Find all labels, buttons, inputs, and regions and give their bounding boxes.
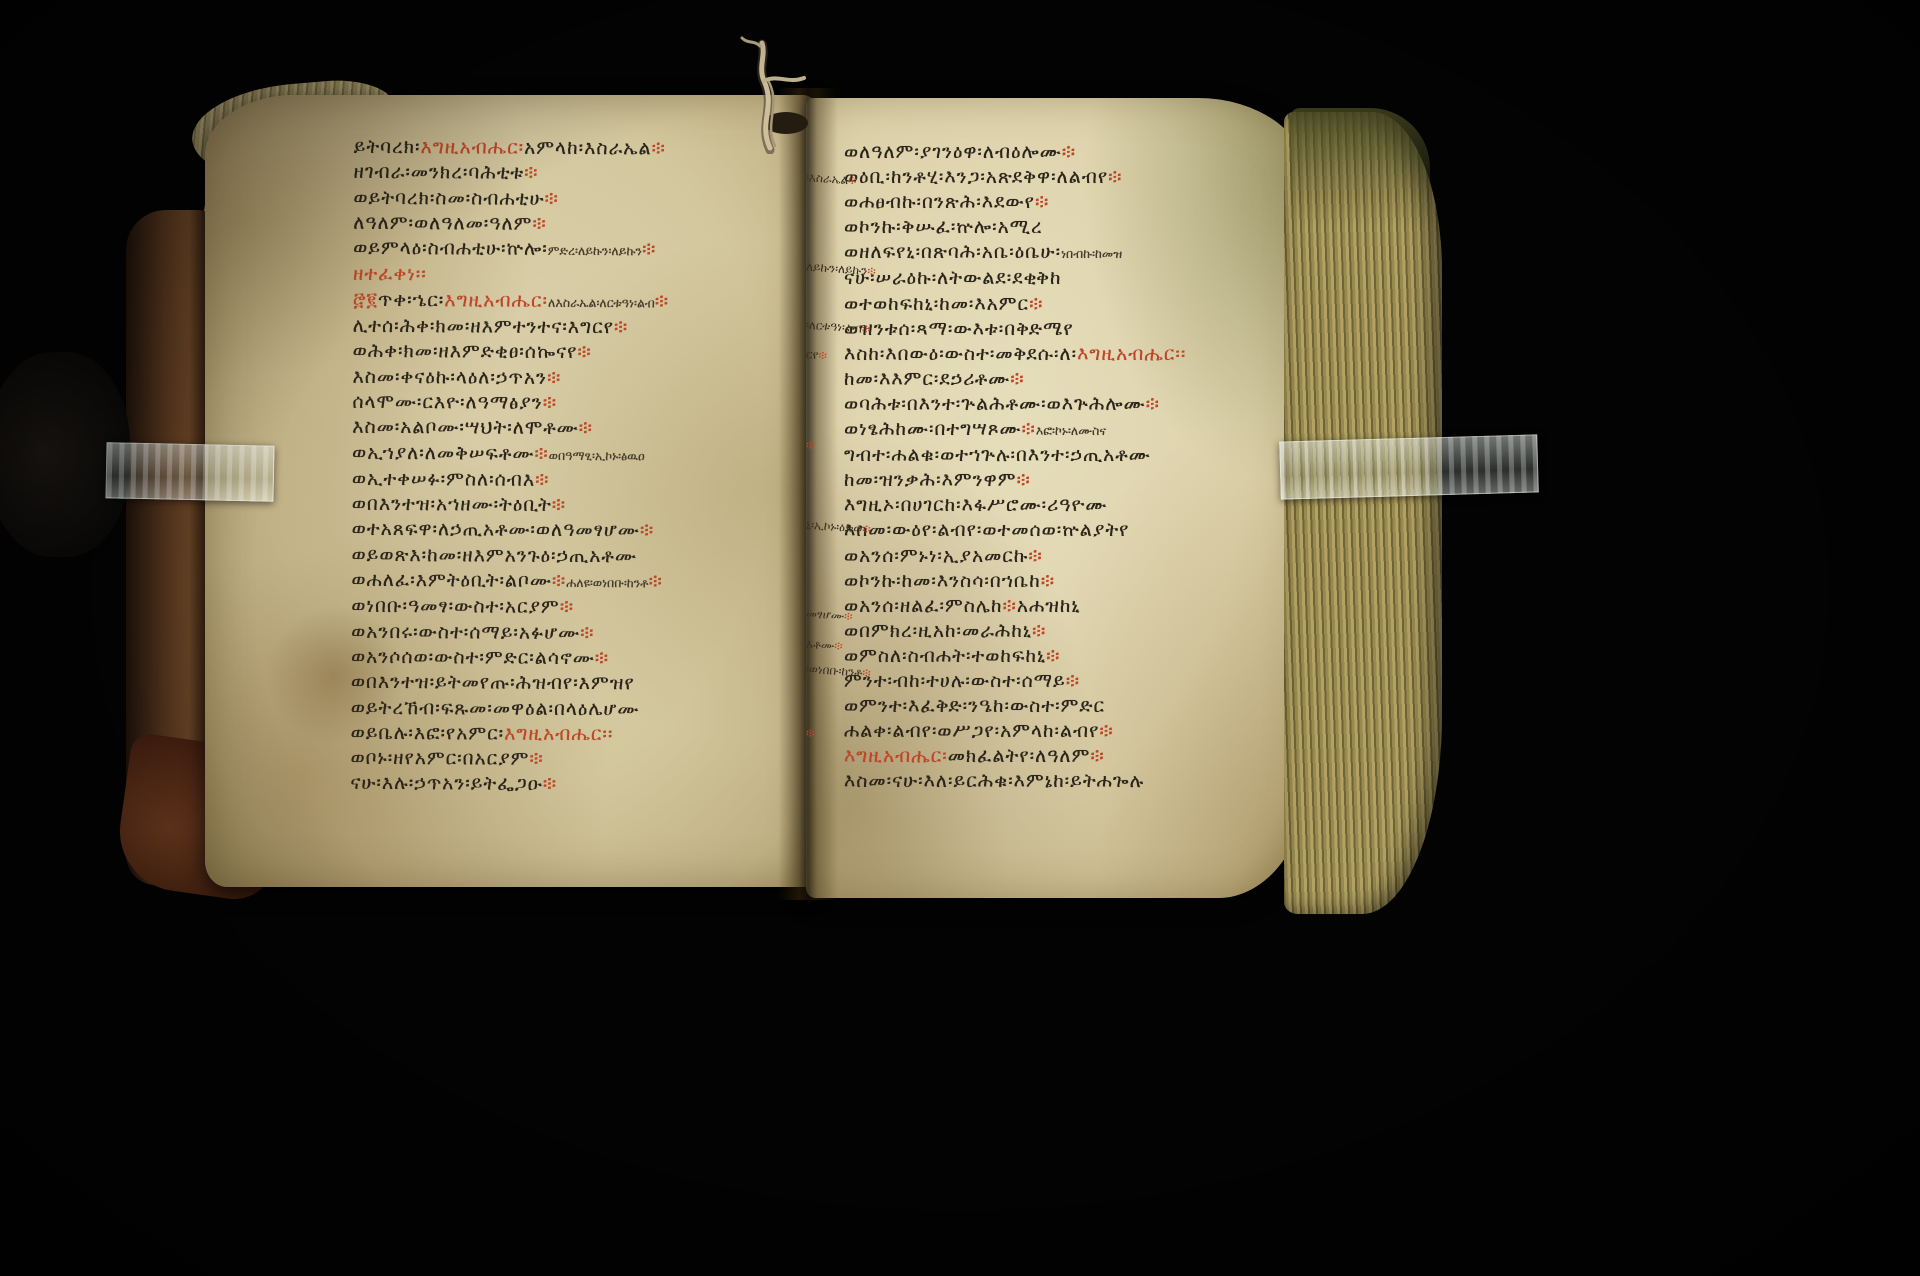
body-text: ወይቤሉ፡እፎ፡የአምር፡ xyxy=(351,722,505,745)
manuscript-line: ወዝንቱሰ፡ጻማ፡ውእቱ፡በቅድሜየ xyxy=(844,317,1288,342)
manuscript-line: ወምንተ፡እፈቅድ፡ንዔከ፡ውስተ፡ምድር xyxy=(844,694,1288,719)
manuscript-line: ወኢተቀሠፉ፡ምስለ፡ሰብእ፨ xyxy=(352,467,812,495)
body-text: ይትባረክ፡ xyxy=(354,136,421,158)
manuscript-line: ፸፪ጥቀ፡ኄር፡እግዚአብሔር፡ለእስራኤል፡ለርቱዓነ፡ልብ፨ xyxy=(353,288,813,317)
manuscript-line: ወሕቀ፡ክመ፡ዘእምድቂፀ፡ሰኰናየ፨ xyxy=(353,339,813,367)
manuscript-line: ወኢኀያለ፡ለመቅሠፍቶሙ፨ወበዓማፂ፡ኢኮኑ፡ፅዉዐ xyxy=(352,440,812,469)
manuscript-line: እስከ፡እበውዕ፡ውስተ፡መቅደሱ፡ለ፡እግዚአብሔር፡፡ xyxy=(844,342,1288,367)
body-text: ዘገብራ፡መንክረ፡ባሕቲቱ xyxy=(354,161,525,184)
rubric-red-text: ፨ xyxy=(1010,368,1024,390)
rubric-red-text: ፨ xyxy=(1035,191,1049,213)
right-page-text: ወለዓለም፡ያገንዕዋ፡ለብዕሎሙ፨ወዕቢ፡ከንቶሂ፡እንጋ፡አጽደቅዋ፡ለልብ… xyxy=(844,140,1288,802)
manuscript-line: እስመ፡ቀናዕኩ፡ላዕለ፡ኃጥአን፨ xyxy=(352,364,812,392)
manuscript-line: ወምስለ፡ስብሐት፡ተወከፍከኒ፨ xyxy=(844,644,1288,669)
body-text: ነበብኩ፡ከመዝ xyxy=(1061,246,1122,261)
manuscript-line: ወሐፀብኩ፡በንጽሕ፡እደውየ፨ xyxy=(844,190,1288,215)
rubric-red-text: ዘተፈቀነ፡፡ xyxy=(353,263,427,285)
manuscript-line: እስመ፡ናሁ፡እለ፡ይርሕቁ፡እምኔከ፡ይትሐጐሉ xyxy=(844,769,1288,794)
manuscript-line: ዘገብራ፡መንክረ፡ባሕቲቱ፨ xyxy=(353,160,813,188)
gutter-overflow-fragment: ፨ xyxy=(805,726,814,742)
manuscript-line: እስመ፡ውዕየ፡ልብየ፡ወተመሰወ፡ኵልያትየ xyxy=(844,518,1288,543)
gutter-overflow-fragment: እቶሙ፨ xyxy=(806,637,844,655)
body-text: ናሁ፡እሉ፡ኃጥአን፡ይትፌጋዑ xyxy=(350,772,543,795)
manuscript-line: እግዚአብሔር፡መክፈልትየ፡ለዓለም፨ xyxy=(844,744,1288,769)
rubric-red-text: ፨ xyxy=(655,290,669,312)
body-text: ወይትባረክ፡ስመ፡ስብሐቲሁ xyxy=(353,186,544,209)
photo-of-manuscript: ይትባረክ፡እግዚአብሔር፡አምላከ፡እስራኤል፨ዘገብራ፡መንክረ፡ባሕቲቱ፨… xyxy=(0,0,1920,1276)
rubric-red-text: ፨ xyxy=(806,438,815,453)
body-text: ወቦኑ፡ዘየአምር፡በአርያም xyxy=(350,747,529,770)
rubric-red-text: ፨ xyxy=(532,213,546,235)
manuscript-line: ወይትባረክ፡ስመ፡ስብሐቲሁ፨ xyxy=(353,185,813,213)
body-text: ጥቀ፡ኄር፡ xyxy=(378,289,444,311)
rubric-red-text: ፨ xyxy=(1022,418,1036,440)
left-page-text: ይትባረክ፡እግዚአብሔር፡አምላከ፡እስራኤል፨ዘገብራ፡መንክረ፡ባሕቲቱ፨… xyxy=(350,135,814,807)
manuscript-line: ወበምክረ፡ዚአከ፡መራሕከኒ፨ xyxy=(844,619,1288,644)
manuscript-line: እግዚኦ፡በሀገርከ፡እፋሥሮሙ፡ሪዓዮሙ xyxy=(844,493,1288,518)
manuscript-line: ግብተ፡ሐልቁ፡ወተኀጕሉ፡በእንተ፡ኃጢአቶሙ xyxy=(844,443,1288,468)
manuscript-line: ወዕቢ፡ከንቶሂ፡እንጋ፡አጽደቅዋ፡ለልብየ፨ xyxy=(844,165,1288,190)
rubric-red-text: ፨ xyxy=(543,773,557,795)
manuscript-line: ወኮንኩ፡ቅሡፈ፡ኵሎ፡አሚረ xyxy=(844,215,1288,240)
body-text: ለዓለም፡ወለዓለመ፡ዓለም xyxy=(353,212,532,235)
rubric-red-text: ፨ xyxy=(544,187,558,209)
body-text: ኒ፡ኢኮኑ፡ዕድወ xyxy=(806,518,863,536)
body-text: አሐዝከኒ xyxy=(1017,595,1081,617)
rubric-red-text: ፨ xyxy=(640,520,654,542)
rubric-red-text: እግዚአብሔር፡፡ xyxy=(504,722,613,745)
body-text: ወሕቀ፡ክመ፡ዘእምድቂፀ፡ሰኰናየ xyxy=(353,340,578,363)
body-text: ሊተሰ፡ሕቀ፡ክመ፡ዘእምተንተና፡እግርየ xyxy=(353,315,614,338)
body-text: ፡ወነበቡ፡ከንቶ xyxy=(806,662,863,680)
body-text: ሰላሞሙ፡ርእዮ፡ለዓማፅያን xyxy=(352,391,543,414)
rubric-red-text: ፨ xyxy=(552,570,566,592)
rubric-red-text: ፨ xyxy=(1041,570,1055,592)
body-text: ወሐለፈ፡እምትዕቢት፡ልቦሙ xyxy=(351,569,552,592)
rubric-red-text: ፨ xyxy=(535,469,549,491)
manuscript-line: ናሁ፡ሠራዕኩ፡ለትውልደ፡ደቂቅከ xyxy=(844,266,1288,291)
rubric-red-text: ፨ xyxy=(862,666,871,681)
body-text: እቶሙ xyxy=(806,637,835,653)
rubric-red-text: ፨ xyxy=(524,162,538,184)
rubric-red-text: ፨ xyxy=(1003,595,1017,617)
body-text: ፡እስራኤል xyxy=(806,170,849,187)
manuscript-line: ናሁ፡እሉ፡ኃጥአን፡ይትፌጋዑ፨ xyxy=(350,771,810,799)
rubric-red-text: ፨ xyxy=(1032,620,1046,642)
rubric-red-text: ፨ xyxy=(547,366,561,388)
body-text: መፃሆሙ xyxy=(806,606,845,623)
rubric-red-text: ፨ xyxy=(1028,545,1042,567)
rubric-red-text: ፨ xyxy=(834,639,843,654)
manuscript-line: ሰላሞሙ፡ርእዮ፡ለዓማፅያን፨ xyxy=(352,390,812,418)
manuscript-line: ሐልቀ፡ልብየ፡ወሥጋየ፡አምላከ፡ልብየ፨ xyxy=(844,719,1288,744)
gutter-overflow-fragment: መፃሆሙ፨ xyxy=(806,606,854,624)
rubric-red-text: ፨ xyxy=(1046,645,1060,667)
gutter-overflow-fragment: ፡እስራኤል፨ xyxy=(806,170,858,189)
rubric-red-text: እግዚአብሔር፡ xyxy=(420,136,524,159)
body-text: ወበእንተዝ፡አኀዘሙ፡ትዕቢት xyxy=(352,493,552,516)
rubric-red-text: ፨ xyxy=(595,647,609,669)
rubric-red-text: ፨ xyxy=(642,238,656,260)
manuscript-line: ወዘለፍየኒ፡በጽባሕ፡አቤ፡ዕቤሁ፡ነበብኩ፡ከመዝ xyxy=(844,240,1288,266)
rubric-red-text: እግዚአብሔር፡ xyxy=(444,289,548,312)
manuscript-line: ወሐለፈ፡እምትዕቢት፡ልቦሙ፨ሐለዩ፡ወነበቡ፡ከንቶ፨ xyxy=(351,568,811,597)
manuscript-line: እስመ፡አልቦሙ፡ሣህት፡ለሞቶሙ፨ xyxy=(352,415,812,443)
fore-edge-shadow xyxy=(1290,108,1430,228)
body-text: እስመ፡ቀናዕኩ፡ላዕለ፡ኃጥአን xyxy=(352,365,547,388)
gutter-overflow-text: ፡እስራኤል፨ለይኩን፡ለይኩን፨፡ለርቱዓነ፡ልብ፨ርየ፨፨ኒ፡ኢኮኑ፡ዕድወ… xyxy=(800,0,890,1276)
manuscript-line: ወአንሰ፡ዘልፈ፡ምስሌከ፨አሐዝከኒ xyxy=(844,594,1288,619)
manuscript-line: ወበእንተዝ፡አኀዘሙ፡ትዕቢት፨ xyxy=(352,492,812,520)
manuscript-line: ለዓለም፡ወለዓለመ፡ዓለም፨ xyxy=(353,211,813,239)
manuscript-line: ወኮንኩ፡ከመ፡እንስሳ፡በኀቤከ፨ xyxy=(844,569,1288,594)
rubric-red-text: ፨ xyxy=(1029,293,1043,315)
rubric-red-text: ፨ xyxy=(1108,166,1122,188)
rubric-red-text: ፨ xyxy=(560,596,574,618)
rubric-red-text: ፨ xyxy=(543,392,557,414)
body-text: ግብተ፡ሐልቁ፡ወተኀጕሉ፡በእንተ፡ኃጢአቶሙ xyxy=(844,444,1151,466)
body-text: ሐለዩ፡ወነበቡ፡ከንቶ xyxy=(566,575,648,590)
body-text: ወኢተቀሠፉ፡ምስለ፡ሰብእ xyxy=(352,468,535,491)
body-text: ለእስራኤል፡ለርቱዓነ፡ልብ xyxy=(548,295,655,311)
manuscript-line: ወይቤሉ፡እፎ፡የአምር፡እግዚአብሔር፡፡ xyxy=(351,721,811,749)
rubric-red-text: እግዚአብሔር፡፡ xyxy=(1077,343,1186,365)
rubric-red-text: ፨ xyxy=(862,322,871,337)
rubric-red-text: ፨ xyxy=(648,570,662,592)
gutter-overflow-fragment: ርየ፨ xyxy=(806,347,828,363)
body-text: መክፈልትየ፡ለዓለም xyxy=(948,745,1091,767)
body-text: ርየ xyxy=(806,347,819,362)
glass-weight-right xyxy=(1279,434,1539,499)
manuscript-line: ወነበቡ፡ዓመፃ፡ውስተ፡አርያም፨ xyxy=(351,594,811,622)
manuscript-line: ምንተ፡ብከ፡ተሀሉ፡ውስተ፡ሰማይ፨ xyxy=(844,669,1288,694)
rubric-red-text: ፨ xyxy=(844,609,853,624)
rubric-red-text: ፨ xyxy=(1016,469,1030,491)
rubric-red-text: ፨ xyxy=(579,417,593,439)
gutter-overflow-fragment: ለይኩን፡ለይኩን፨ xyxy=(806,260,877,280)
rubric-red-text: ፨ xyxy=(867,264,876,279)
gutter-overflow-fragment: ኒ፡ኢኮኑ፡ዕድወ፨ xyxy=(806,518,872,537)
body-text: እፎ፡ኮኑ፡ለሙስና xyxy=(1036,423,1106,438)
manuscript-line: ወተአጸፍዋ፡ለኃጢአቶሙ፡ወለዓመፃሆሙ፨ xyxy=(352,517,812,545)
manuscript-line: ከመ፡ዝንቃሕ፡እምንዋም፨ xyxy=(844,468,1288,493)
body-text: ወበእንተዝ፡ይትመየጡ፡ሕዝብየ፡እምዝየ xyxy=(351,671,635,694)
body-text: ወአንበሩ፡ውስተ፡ሰማይ፡አፉሆሙ xyxy=(351,620,580,643)
body-text: ወይምላዕ፡ስብሐቲሁ፡ኵሎ፡ xyxy=(353,237,548,260)
rubric-red-text: ፨ xyxy=(614,316,628,338)
glass-weight-left xyxy=(105,442,274,502)
rubric-red-text: ፨ xyxy=(806,726,815,741)
rubric-red-text: ፨ xyxy=(529,748,543,770)
body-text: እስመ፡አልቦሙ፡ሣህት፡ለሞቶሙ xyxy=(352,416,579,439)
manuscript-line: ወአንሶሰወ፡ውስተ፡ምድር፡ልሳኖሙ፨ xyxy=(351,645,811,673)
body-text: ወይወጽእ፡ከመ፡ዘእምአንጉዕ፡ኃጢአቶሙ xyxy=(352,544,637,567)
manuscript-line: ወይምላዕ፡ስብሐቲሁ፡ኵሎ፡ምድረ፡ለይኩን፡ለይኩን፨ xyxy=(353,236,813,265)
rubric-red-text: ፨ xyxy=(848,173,857,188)
manuscript-line: ወለዓለም፡ያገንዕዋ፡ለብዕሎሙ፨ xyxy=(844,140,1288,165)
manuscript-line: ወአንበሩ፡ውስተ፡ሰማይ፡አፉሆሙ፨ xyxy=(351,619,811,647)
rubric-red-text: ፨ xyxy=(1062,141,1076,163)
rubric-red-text: ፨ xyxy=(1146,393,1160,415)
manuscript-line: ወይትረኸብ፡ፍጹመ፡መዋዕል፡በላዕሌሆሙ xyxy=(351,695,811,723)
fore-edge-page-stack xyxy=(1284,112,1442,914)
body-text: አምላከ፡እስራኤል xyxy=(524,137,651,160)
rubric-red-text: ፨ xyxy=(652,137,666,159)
gutter-overflow-fragment: ፨ xyxy=(805,438,814,454)
manuscript-line: ይትባረክ፡እግዚአብሔር፡አምላከ፡እስራኤል፨ xyxy=(354,135,814,163)
rubric-red-text: ፨ xyxy=(1099,720,1113,742)
rubric-red-text: ፨ xyxy=(1066,670,1080,692)
manuscript-line: ወይወጽእ፡ከመ፡ዘእምአንጉዕ፡ኃጢአቶሙ xyxy=(351,543,811,571)
manuscript-line: ወአንሰ፡ምኑነ፡ኢያአመርኩ፨ xyxy=(844,544,1288,569)
rubric-red-text: ፨ xyxy=(577,341,591,363)
rubric-red-text: ፨ xyxy=(534,442,548,464)
body-text: ምድረ፡ለይኩን፡ለይኩን xyxy=(548,243,642,258)
manuscript-line: ከመ፡እእምር፡ደኃሪቶሙ፨ xyxy=(844,367,1288,392)
body-text: ወአንሶሰወ፡ውስተ፡ምድር፡ልሳኖሙ xyxy=(351,646,595,669)
body-text: ወይትረኸብ፡ፍጹመ፡መዋዕል፡በላዕሌሆሙ xyxy=(351,696,640,720)
body-text: ለይኩን፡ለይኩን xyxy=(806,260,868,278)
body-text: ወነበቡ፡ዓመፃ፡ውስተ፡አርያም xyxy=(351,595,560,618)
manuscript-line: ወበእንተዝ፡ይትመየጡ፡ሕዝብየ፡እምዝየ xyxy=(351,670,811,698)
gutter-overflow-fragment: ፡ለርቱዓነ፡ልብ፨ xyxy=(806,318,871,337)
manuscript-line: ዘተፈቀነ፡፡ xyxy=(353,262,813,290)
rubric-red-text: ፨ xyxy=(818,348,827,363)
rubric-red-text: ፸፪ xyxy=(353,289,378,311)
manuscript-line: ወባሕቱ፡በእንተ፡ጕልሕቶሙ፡ወእጕሕሎሙ፨ xyxy=(844,392,1288,417)
rubric-red-text: ፨ xyxy=(552,494,566,516)
manuscript-line: ወቦኑ፡ዘየአምር፡በአርያም፨ xyxy=(350,746,810,774)
manuscript-line: ወተወከፍከኒ፡ከመ፡እአምር፨ xyxy=(844,292,1288,317)
body-text: ወተአጸፍዋ፡ለኃጢአቶሙ፡ወለዓመፃሆሙ xyxy=(352,518,640,542)
manuscript-line: ሊተሰ፡ሕቀ፡ክመ፡ዘእምተንተና፡እግርየ፨ xyxy=(353,314,813,342)
gutter-overflow-fragment: ፡ወነበቡ፡ከንቶ፨ xyxy=(806,662,872,681)
rubric-red-text: ፨ xyxy=(862,522,871,537)
body-text: ወኢኀያለ፡ለመቅሠፍቶሙ xyxy=(352,441,534,464)
body-text: ወበዓማፂ፡ኢኮኑ፡ፅዉዐ xyxy=(549,447,645,463)
rubric-red-text: ፨ xyxy=(1090,745,1104,767)
rubric-red-text: ፨ xyxy=(580,622,594,644)
manuscript-line: ወነፄሕከሙ፡በተግሣጾሙ፨እፎ፡ኮኑ፡ለሙስና xyxy=(844,417,1288,443)
body-text: ፡ለርቱዓነ፡ልብ xyxy=(806,318,863,336)
